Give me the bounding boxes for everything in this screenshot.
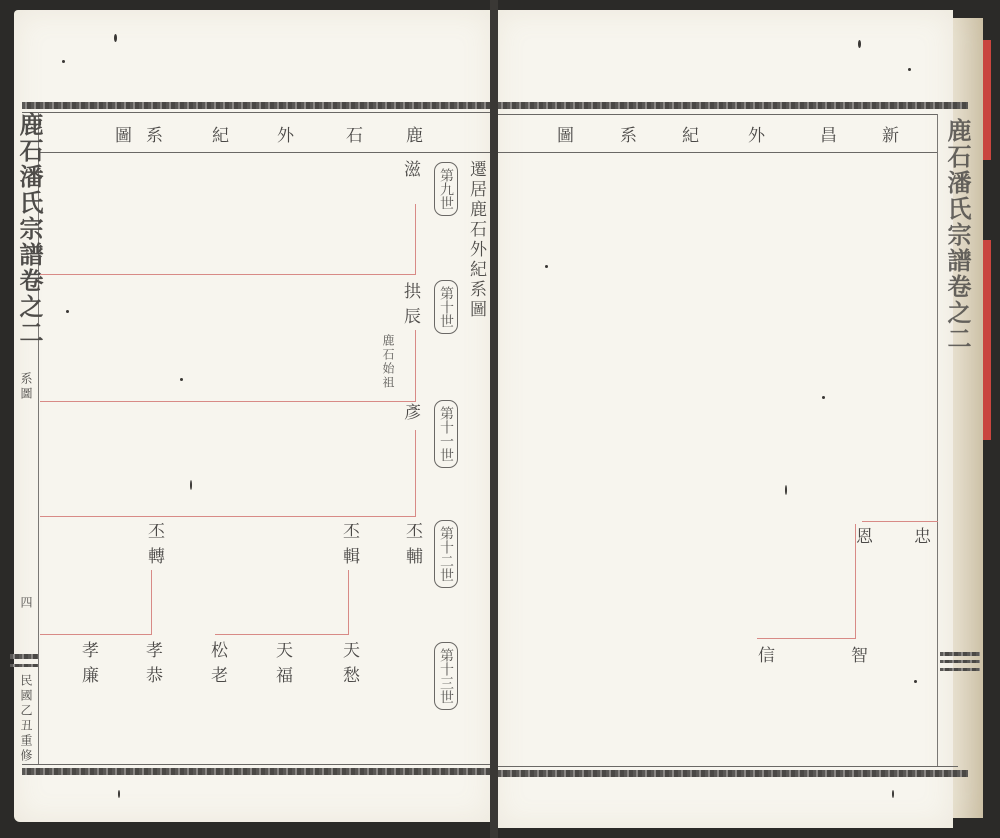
edition-note: 民國乙丑重修 [18,674,35,764]
generation-row-rule [40,401,416,402]
member-name: 丕輔 [400,522,425,572]
member-name: 恩 [850,527,875,552]
running-title-char: 外 [277,121,294,146]
paper-speck [892,790,894,798]
generation-row-rule [40,516,416,517]
running-title-char: 新 [882,121,899,146]
paper-speck [914,680,917,683]
running-title-char: 鹿 [406,121,423,146]
paper-speck [180,378,183,381]
member-name: 丕轉 [142,522,167,572]
member-name: 丕輯 [337,522,362,572]
paper-speck [822,396,825,399]
paper-speck [785,485,787,495]
generation-badge-13: 第十三世 [434,642,458,710]
paper-speck [908,68,911,71]
paper-speck [545,265,548,268]
generation-badge-12: 第十二世 [434,520,458,588]
member-name: 信 [752,646,777,671]
lineage-line [415,204,416,274]
lineage-line [151,570,152,634]
lineage-line [415,330,416,401]
bottom-rule-right [498,766,958,767]
paper-speck [62,60,65,63]
paper-speck [118,790,120,798]
running-title-char: 圖 [115,121,132,146]
member-name: 孝廉 [76,641,101,691]
spine-rule [940,668,980,671]
member-name: 松老 [205,641,230,691]
running-title-char: 紀 [682,121,699,146]
paper-speck [114,34,117,42]
member-name: 智 [845,646,870,671]
generation-badge-10: 第十世 [434,280,458,334]
chart-heading: 遷居鹿石外紀系圖 [464,160,489,320]
section-label: 系圖 [18,372,35,402]
running-title-char: 昌 [820,121,837,146]
red-edge-tab [983,240,991,440]
generation-badge-11: 第十一世 [434,400,458,468]
spine-rule [10,654,38,659]
bottom-rule-left [22,764,490,765]
member-name: 忠 [908,527,933,552]
top-border-left [22,102,490,109]
lineage-line [757,638,856,639]
spine-title-left: 鹿石潘氏宗譜卷之二 [12,112,47,346]
page-number: 四 [18,596,35,611]
book-gutter [490,0,498,838]
lineage-line [415,430,416,516]
member-name: 孝恭 [140,641,165,691]
spine-rule [940,652,980,656]
top-border-right [498,102,968,109]
lineage-line [215,634,349,635]
running-title-char: 系 [146,121,163,146]
red-edge-tab [983,40,991,160]
bottom-border-right [498,770,968,777]
top-rule-left [22,112,490,113]
member-name: 天福 [270,641,295,691]
member-name: 拱辰 [398,282,423,332]
paper-speck [190,480,192,490]
spine-title-right: 鹿石潘氏宗譜卷之二 [940,118,975,352]
spine-rule [10,664,38,667]
lineage-line [348,570,349,634]
member-note: 鹿石始祖 [380,334,397,390]
generation-badge-9: 第九世 [434,162,458,216]
paper-speck [858,40,861,48]
lineage-line [40,634,152,635]
title-rule-left [40,152,490,153]
generation-row-rule [40,274,416,275]
spine-rule [940,660,980,663]
running-title-char: 外 [748,121,765,146]
running-title-char: 紀 [212,121,229,146]
margin-line-right [937,114,938,766]
paper-speck [66,310,69,313]
title-rule-right [498,152,938,153]
member-name: 滋 [398,160,423,185]
member-name: 彥 [398,403,423,428]
running-title-char: 圖 [557,121,574,146]
running-title-char: 石 [346,121,363,146]
bottom-border-left [22,768,490,775]
top-rule-right [498,114,938,115]
running-title-char: 系 [620,121,637,146]
lineage-line [862,521,938,522]
member-name: 天愁 [337,641,362,691]
